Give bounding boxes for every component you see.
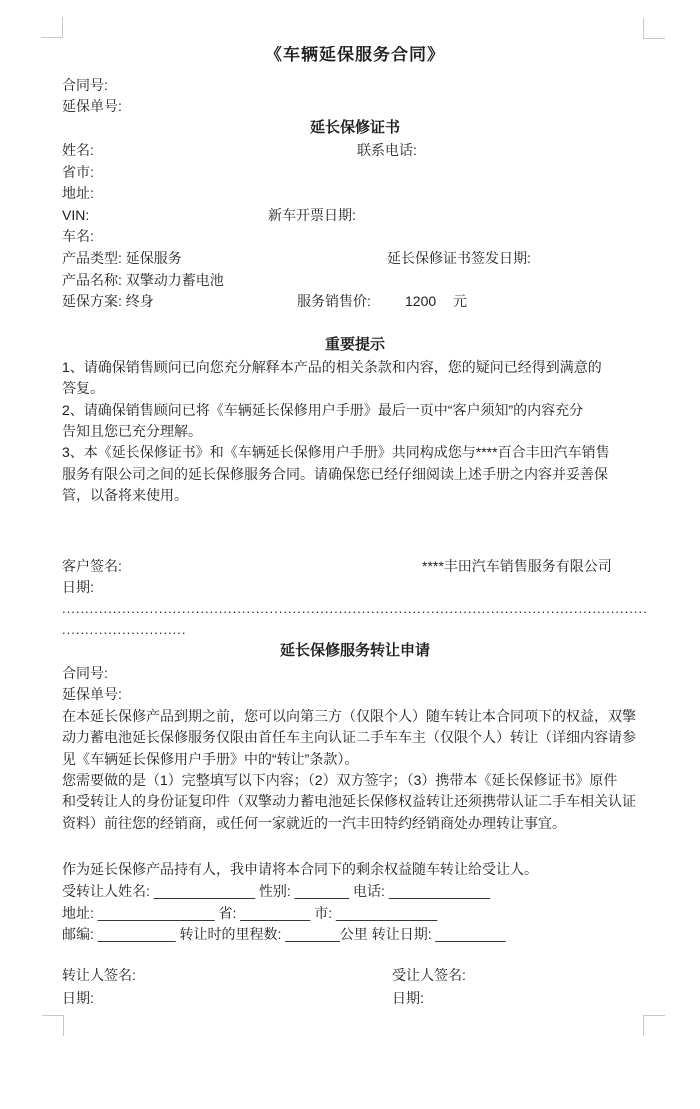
notice-line: 服务有限公司之间的延长保修服务合同。请确保您已经仔细阅读上述手册之内容并妥善保 xyxy=(62,465,648,483)
product-name-row: 产品名称: 双擎动力蓄电池 xyxy=(62,271,648,289)
notice-line: 1、请确保销售顾问已向您充分解释本产品的相关条款和内容，您的疑问已经得到满意的 xyxy=(62,358,648,376)
contract-document-page: 《车辆延保服务合同》 合同号: 延保单号: 延长保修证书 姓名: 联系电话: 省… xyxy=(0,0,700,1109)
transfer-line: 见《车辆延长保修用户手册》中的“转让”条款）。 xyxy=(62,750,648,768)
transfer-date-row: 日期: 日期: xyxy=(62,989,648,1007)
transfer-form-line-2: 地址: _______________ 省: _________ 市: ____… xyxy=(62,904,648,922)
warranty-no-label: 延保单号: xyxy=(62,98,122,114)
province-row: 省市: xyxy=(62,163,648,181)
transferor-signature-label: 转让人签名: xyxy=(62,967,146,984)
transfer-line: 在本延长保修产品到期之前，您可以向第三方（仅限个人）随车转让本合同项下的权益，双… xyxy=(62,707,648,725)
customer-date-label: 日期: xyxy=(62,579,94,595)
transfer-contract-no-label: 合同号: xyxy=(62,665,108,681)
vin-label: VIN: xyxy=(62,207,89,223)
car-name-label: 车名: xyxy=(62,228,94,244)
customer-signature-row: 客户签名: ****丰田汽车销售服务有限公司 xyxy=(62,557,648,575)
plan-price-row: 延保方案: 终身 服务销售价: 1200 元 xyxy=(62,292,648,310)
contract-no-row: 合同号: xyxy=(62,76,648,94)
address-label: 地址: xyxy=(62,185,94,201)
certificate-heading: 延长保修证书 xyxy=(62,119,648,137)
notice-line: 2、请确保销售顾问已将《车辆延长保修用户手册》最后一页中“客户须知”的内容充分 xyxy=(62,401,648,419)
notice-heading: 重要提示 xyxy=(62,336,648,354)
transfer-form-line-1: 受转让人姓名: _____________ 性别: _______ 电话: __… xyxy=(62,882,648,900)
plan-label: 延保方案: xyxy=(62,293,122,309)
crop-mark-top-left-icon xyxy=(41,17,63,38)
product-type-value: 延保服务 xyxy=(126,250,182,266)
transfer-warranty-no-label: 延保单号: xyxy=(62,686,122,702)
crop-mark-bottom-right-icon xyxy=(643,1015,665,1036)
name-label: 姓名: xyxy=(62,142,94,158)
contract-no-label: 合同号: xyxy=(62,77,108,93)
customer-date-row: 日期: xyxy=(62,578,648,596)
notice-line: 管，以备将来使用。 xyxy=(62,486,648,504)
transfer-form-line-3: 邮编: __________ 转让时的里程数: _______公里 转让日期: … xyxy=(62,925,648,943)
plan-value: 终身 xyxy=(126,293,154,309)
price-unit: 元 xyxy=(453,292,467,310)
transferee-date-label: 日期: xyxy=(392,989,424,1007)
notice-line: 3、本《延长保修证书》和《车辆延长保修用户手册》共同构成您与****百合丰田汽车… xyxy=(62,443,648,461)
transfer-warranty-no-row: 延保单号: xyxy=(62,685,648,703)
crop-mark-top-right-icon xyxy=(643,18,665,39)
transfer-line: 资料）前往您的经销商，或任何一家就近的一汽丰田特约经销商处办理转让事宜。 xyxy=(62,814,648,832)
dotted-divider-full: ........................................… xyxy=(62,600,648,618)
dotted-divider-short: ........................... xyxy=(62,621,648,639)
notice-line: 答复。 xyxy=(62,379,648,397)
product-type-row: 产品类型: 延保服务 延长保修证书签发日期: xyxy=(62,249,648,267)
issue-date-label: 延长保修证书签发日期: xyxy=(387,249,531,267)
transferor-date-label: 日期: xyxy=(62,990,94,1006)
product-type-label: 产品类型: xyxy=(62,250,122,266)
transfer-heading: 延长保修服务转让申请 xyxy=(62,642,648,660)
crop-mark-bottom-left-icon xyxy=(42,1015,64,1036)
warranty-no-row: 延保单号: xyxy=(62,97,648,115)
province-label: 省市: xyxy=(62,164,94,180)
name-phone-row: 姓名: 联系电话: xyxy=(62,141,648,159)
company-name: ****丰田汽车销售服务有限公司 xyxy=(422,557,612,575)
vin-invoice-row: VIN: 新车开票日期: xyxy=(62,206,648,224)
notice-line: 告知且您已充分理解。 xyxy=(62,422,648,440)
invoice-date-label: 新车开票日期: xyxy=(268,206,356,224)
price-label: 服务销售价: xyxy=(297,292,371,310)
product-name-value: 双擎动力蓄电池 xyxy=(126,272,224,288)
transfer-line: 您需要做的是（1）完整填写以下内容；（2）双方签字；（3）携带本《延长保修证书》… xyxy=(62,771,648,789)
holder-statement: 作为延长保修产品持有人，我申请将本合同下的剩余权益随车转让给受让人。 xyxy=(62,860,648,878)
document-title: 《车辆延保服务合同》 xyxy=(62,46,648,64)
transfer-contract-no-row: 合同号: xyxy=(62,664,648,682)
transferee-signature-label: 受让人签名: xyxy=(392,966,476,984)
price-value: 1200 xyxy=(405,292,436,310)
address-row: 地址: xyxy=(62,184,648,202)
product-name-label: 产品名称: xyxy=(62,272,122,288)
transfer-line: 和受转让人的身份证复印件（双擎动力蓄电池延长保修权益转让还须携带认证二手车相关认… xyxy=(62,792,648,810)
transfer-line: 动力蓄电池延长保修服务仅限由首任车主向认证二手车车主（仅限个人）转让（详细内容请… xyxy=(62,728,648,746)
phone-label: 联系电话: xyxy=(357,141,417,159)
car-name-row: 车名: xyxy=(62,227,648,245)
transfer-signature-row: 转让人签名: 受让人签名: xyxy=(62,966,648,984)
customer-signature-label: 客户签名: xyxy=(62,558,122,574)
